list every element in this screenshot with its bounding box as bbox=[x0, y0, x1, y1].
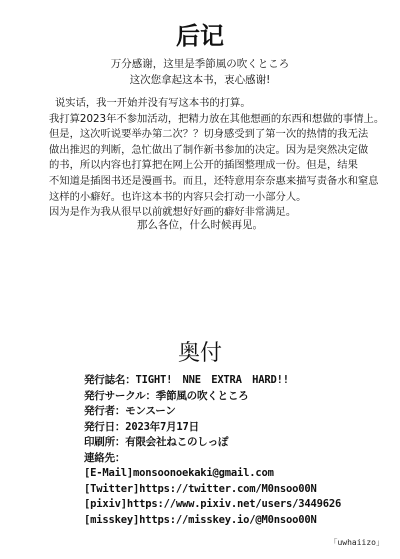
paragraph-line: 说实话，我一开始并没有写这本书的打算。 bbox=[49, 96, 379, 112]
thanks-line-1: 万分感谢，这里是季節風の吹くところ bbox=[0, 56, 400, 72]
publishing-circle: 発行サークル：季節風の吹くところ bbox=[84, 389, 384, 405]
afterword-paragraph: 说实话，我一开始并没有写这本书的打算。 我打算2023年不参加活动，把精力放在其… bbox=[49, 96, 379, 221]
farewell-line: 那么各位，什么时候再见。 bbox=[0, 217, 400, 232]
paragraph-line: 做出推迟的判断，急忙做出了制作新书参加的决定。因为是突然决定做 bbox=[49, 143, 379, 159]
publisher: 発行者：モンスーン bbox=[84, 404, 384, 420]
colophon-title: 奥付 bbox=[0, 336, 400, 367]
contact-twitter: [Twitter]https://twitter.com/M0nsoo00N bbox=[84, 482, 384, 498]
publication-title: 発行誌名：TIGHT! NNE EXTRA HARD!! bbox=[84, 373, 384, 389]
publish-date: 発行日：2023年7月17日 bbox=[84, 420, 384, 436]
colophon-details: 発行誌名：TIGHT! NNE EXTRA HARD!! 発行サークル：季節風の… bbox=[84, 373, 384, 528]
paragraph-line: 但是，这次听说要举办第二次？？切身感受到了第一次的热情的我无法 bbox=[49, 127, 379, 143]
signature: 「uwhaiizo」 bbox=[329, 537, 384, 548]
thanks-line-2: 这次您拿起这本书，衷心感谢! bbox=[0, 72, 400, 88]
paragraph-line: 不知道是插图书还是漫画书。而且，还特意用奈奈惠来描写责备水和窒息 bbox=[49, 174, 379, 190]
afterword-title: 后记 bbox=[0, 16, 400, 51]
printer: 印刷所：有限会社ねこのしっぽ bbox=[84, 435, 384, 451]
contact-email: [E-Mail]monsoonoekaki@gmail.com bbox=[84, 466, 384, 482]
paragraph-line: 这样的小癖好。也许这本书的内容只会打动一小部分人。 bbox=[49, 190, 379, 206]
paragraph-line: 我打算2023年不参加活动，把精力放在其他想画的东西和想做的事情上。 bbox=[49, 112, 379, 128]
paragraph-line: 的书，所以内容也打算把在网上公开的插图整理成一份。但是，结果 bbox=[49, 158, 379, 174]
contact-label: 連絡先： bbox=[84, 451, 384, 467]
contact-pixiv: [pixiv]https://www.pixiv.net/users/34496… bbox=[84, 497, 384, 513]
contact-misskey: [misskey]https://misskey.io/@M0nsoo00N bbox=[84, 513, 384, 529]
